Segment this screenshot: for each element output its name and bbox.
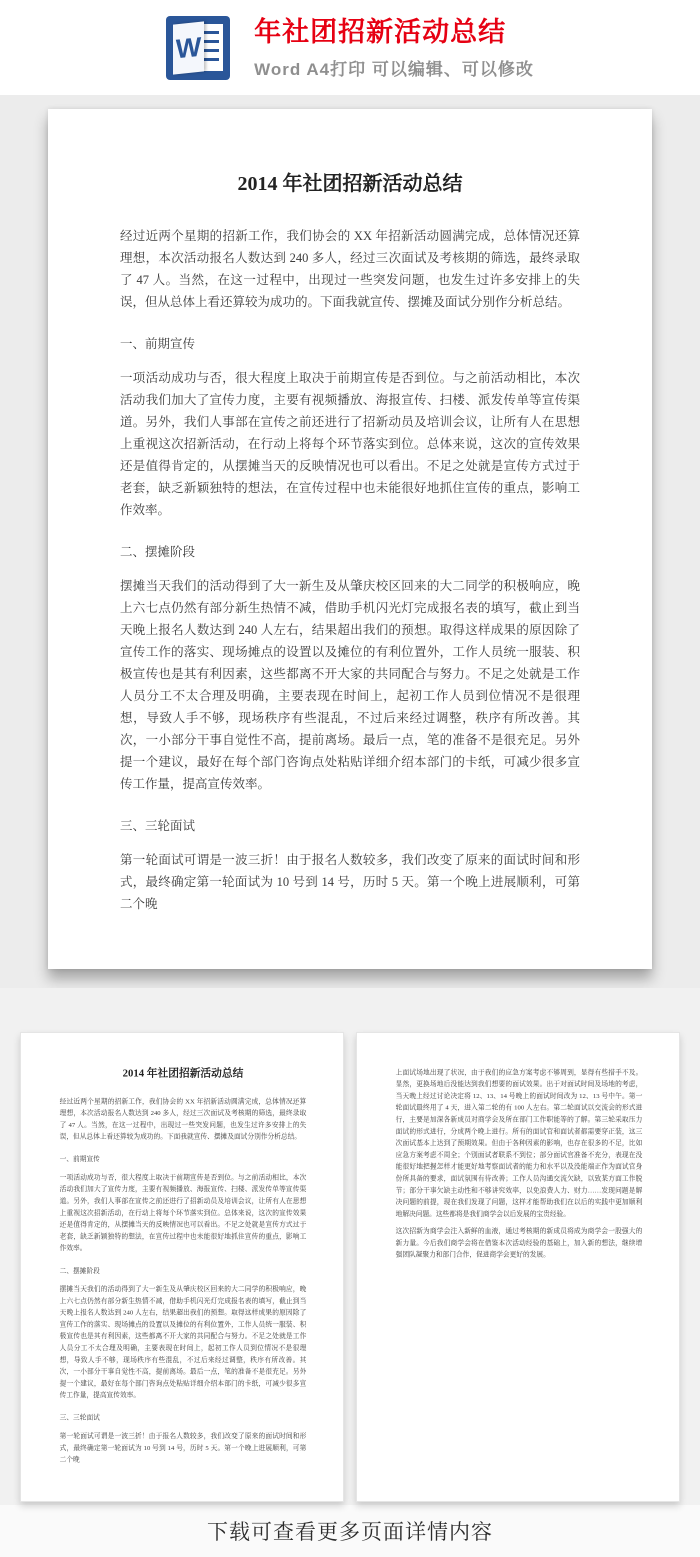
header: W 年社团招新活动总结 Word A4打印 可以编辑、可以修改: [0, 0, 700, 95]
footer-bar: 下载可查看更多页面详情内容: [0, 1505, 700, 1557]
page-subtitle: Word A4打印 可以编辑、可以修改: [254, 55, 534, 80]
document-preview-section: 2014 年社团招新活动总结 经过近两个星期的招新工作，我们协会的 XX 年招新…: [0, 95, 700, 988]
section-heading-1: 一、前期宣传: [60, 1153, 307, 1165]
document-title: 2014 年社团招新活动总结: [60, 1066, 307, 1080]
section-heading-2: 二、摆摊阶段: [60, 1265, 307, 1277]
header-text: 年社团招新活动总结 Word A4打印 可以编辑、可以修改: [254, 16, 534, 80]
word-icon: W: [166, 16, 230, 80]
paragraph-section-2: 摆摊当天我们的活动得到了大一新生及从肇庆校区回来的大二同学的积极响应，晚上六七点…: [60, 1283, 307, 1401]
section-heading-2: 二、摆摊阶段: [120, 541, 580, 563]
paragraph-section-3: 第一轮面试可谓是一波三折！由于报名人数较多，我们改变了原来的面试时间和形式，最终…: [120, 849, 580, 915]
header-inner: W 年社团招新活动总结 Word A4打印 可以编辑、可以修改: [166, 16, 534, 80]
page-1-thumbnail[interactable]: 2014 年社团招新活动总结 经过近两个星期的招新工作，我们协会的 XX 年招新…: [20, 1032, 344, 1502]
paragraph-intro: 经过近两个星期的招新工作，我们协会的 XX 年招新活动圆满完成，总体情况还算理想…: [60, 1095, 307, 1142]
paragraph-section-1: 一项活动成功与否，很大程度上取决于前期宣传是否到位。与之前活动相比，本次活动我们…: [60, 1171, 307, 1254]
document-title: 2014 年社团招新活动总结: [120, 171, 580, 197]
section-heading-3: 三、三轮面试: [120, 815, 580, 837]
section-heading-1: 一、前期宣传: [120, 333, 580, 355]
paragraph-section-2: 摆摊当天我们的活动得到了大一新生及从肇庆校区回来的大二同学的积极响应，晚上六七点…: [120, 575, 580, 795]
thumbnails-section: 2014 年社团招新活动总结 经过近两个星期的招新工作，我们协会的 XX 年招新…: [0, 988, 700, 1505]
paragraph-conclusion: 这次招新为商学会注入新鲜的血液，通过考核期的新成员将成为商学会一股强大的新力量。…: [396, 1225, 643, 1260]
paragraph-intro: 经过近两个星期的招新工作，我们协会的 XX 年招新活动圆满完成，总体情况还算理想…: [120, 225, 580, 313]
paragraph-section-3: 第一轮面试可谓是一波三折！由于报名人数较多，我们改变了原来的面试时间和形式，最终…: [60, 1430, 307, 1465]
page-1-thumbnail-content: 2014 年社团招新活动总结 经过近两个星期的招新工作，我们协会的 XX 年招新…: [21, 1033, 344, 1502]
paragraph-interview-detail: 上面试场地出现了状况，由于我们的应急方案考虑不够周到，显得有些措手不及。显然，更…: [396, 1066, 643, 1219]
document-page-1-preview: 2014 年社团招新活动总结 经过近两个星期的招新工作，我们协会的 XX 年招新…: [48, 109, 652, 969]
section-heading-3: 三、三轮面试: [60, 1412, 307, 1424]
page-2-thumbnail-content: 上面试场地出现了状况，由于我们的应急方案考虑不够周到，显得有些措手不及。显然，更…: [357, 1033, 680, 1502]
page-title: 年社团招新活动总结: [254, 16, 534, 48]
paragraph-section-1: 一项活动成功与否，很大程度上取决于前期宣传是否到位。与之前活动相比，本次活动我们…: [120, 367, 580, 521]
page-2-thumbnail[interactable]: 上面试场地出现了状况，由于我们的应急方案考虑不够周到，显得有些措手不及。显然，更…: [356, 1032, 680, 1502]
footer-note: 下载可查看更多页面详情内容: [207, 1516, 493, 1546]
word-icon-letter: W: [173, 21, 204, 74]
